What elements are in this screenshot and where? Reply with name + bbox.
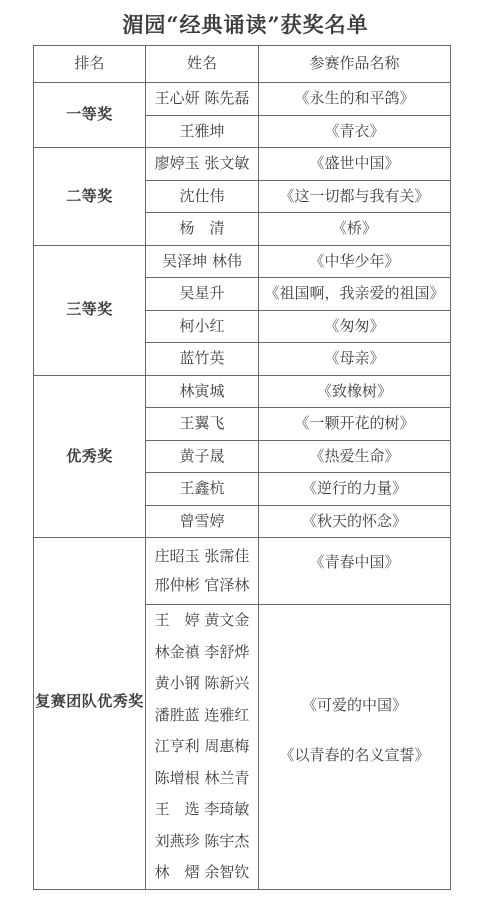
name-cell: 杨 清: [146, 213, 259, 246]
work-cell: 《致橡树》: [259, 375, 451, 408]
name-cell: 沈仕伟: [146, 180, 259, 213]
table-row: 三等奖 吴泽坤 林伟 《中华少年》: [34, 245, 451, 278]
rank-cell-third-prize: 三等奖: [34, 245, 146, 375]
work-cell: 《热爱生命》: [259, 440, 451, 473]
column-header-work: 参赛作品名称: [259, 46, 451, 83]
work-line: 《青春中国》: [259, 553, 450, 573]
work-cell: 《逆行的力量》: [259, 473, 451, 506]
page-title: 湄园“经典诵读”获奖名单: [0, 9, 491, 45]
rank-cell-second-prize: 二等奖: [34, 148, 146, 246]
work-lines: 《可爱的中国》 《以青春的名义宣誓》: [259, 696, 450, 766]
name-line: 陈增根 林兰青: [146, 763, 258, 795]
work-cell: 《可爱的中国》 《以青春的名义宣誓》: [259, 605, 451, 890]
rank-label: 复赛团队优秀奖: [34, 692, 145, 712]
rank-cell-excellence-prize: 优秀奖: [34, 375, 146, 538]
name-line: 刘燕珍 陈宇杰: [146, 826, 258, 858]
work-cell: 《青衣》: [259, 115, 451, 148]
work-cell: 《永生的和平鸽》: [259, 83, 451, 116]
name-cell: 廖婷玉 张文敏: [146, 148, 259, 181]
work-cell: 《母亲》: [259, 343, 451, 376]
name-cell-team-1: 庄昭玉 张霈佳 邢仲彬 官泽林: [146, 538, 259, 605]
name-cell: 林寅城: [146, 375, 259, 408]
work-cell: 《青春中国》: [259, 538, 451, 605]
name-line: 庄昭玉 张霈佳: [146, 542, 258, 571]
table-row: 复赛团队优秀奖 庄昭玉 张霈佳 邢仲彬 官泽林 《青春中国》: [34, 538, 451, 605]
name-cell: 王雅坤: [146, 115, 259, 148]
name-line: 林金禛 李舒烨: [146, 637, 258, 669]
column-header-name: 姓名: [146, 46, 259, 83]
name-cell: 曾雪婷: [146, 505, 259, 538]
work-cell: 《中华少年》: [259, 245, 451, 278]
name-line: 黄小钢 陈新兴: [146, 668, 258, 700]
work-cell: 《这一切都与我有关》: [259, 180, 451, 213]
name-cell: 吴泽坤 林伟: [146, 245, 259, 278]
rank-cell-first-prize: 一等奖: [34, 83, 146, 148]
work-line: 《可爱的中国》: [302, 696, 407, 716]
table-row: 优秀奖 林寅城 《致橡树》: [34, 375, 451, 408]
table-header-row: 排名 姓名 参赛作品名称: [34, 46, 451, 83]
name-cell-team-2: 王 婷 黄文金 林金禛 李舒烨 黄小钢 陈新兴 潘胜蓝 连雅红 江亨利 周惠梅 …: [146, 605, 259, 890]
work-cell: 《桥》: [259, 213, 451, 246]
name-cell: 王翼飞: [146, 408, 259, 441]
name-cell: 王鑫杭: [146, 473, 259, 506]
work-cell: 《一颗开花的树》: [259, 408, 451, 441]
work-cell: 《匆匆》: [259, 310, 451, 343]
name-line: 潘胜蓝 连雅红: [146, 700, 258, 732]
work-cell: 《秋天的怀念》: [259, 505, 451, 538]
award-document: 湄园“经典诵读”获奖名单 排名 姓名 参赛作品名称 一等奖 王心妍 陈先磊 《永…: [0, 0, 491, 900]
name-cell: 王心妍 陈先磊: [146, 83, 259, 116]
name-line: 王 选 李琦敏: [146, 794, 258, 826]
name-cell: 柯小红: [146, 310, 259, 343]
name-line: 王 婷 黄文金: [146, 605, 258, 637]
award-table: 排名 姓名 参赛作品名称 一等奖 王心妍 陈先磊 《永生的和平鸽》 王雅坤 《青…: [33, 45, 451, 890]
name-cell: 黄子晟: [146, 440, 259, 473]
rank-cell-team-prize: 复赛团队优秀奖: [34, 538, 146, 890]
name-cell: 吴星升: [146, 278, 259, 311]
work-line: 《以青春的名义宣誓》: [279, 746, 429, 766]
name-cell: 蓝竹英: [146, 343, 259, 376]
name-line: 林 熠 余智钦: [146, 857, 258, 889]
table-row: 一等奖 王心妍 陈先磊 《永生的和平鸽》: [34, 83, 451, 116]
table-row: 二等奖 廖婷玉 张文敏 《盛世中国》: [34, 148, 451, 181]
work-cell: 《盛世中国》: [259, 148, 451, 181]
work-cell: 《祖国啊，我亲爱的祖国》: [259, 278, 451, 311]
column-header-rank: 排名: [34, 46, 146, 83]
name-line: 江亨利 周惠梅: [146, 731, 258, 763]
name-line: 邢仲彬 官泽林: [146, 571, 258, 600]
